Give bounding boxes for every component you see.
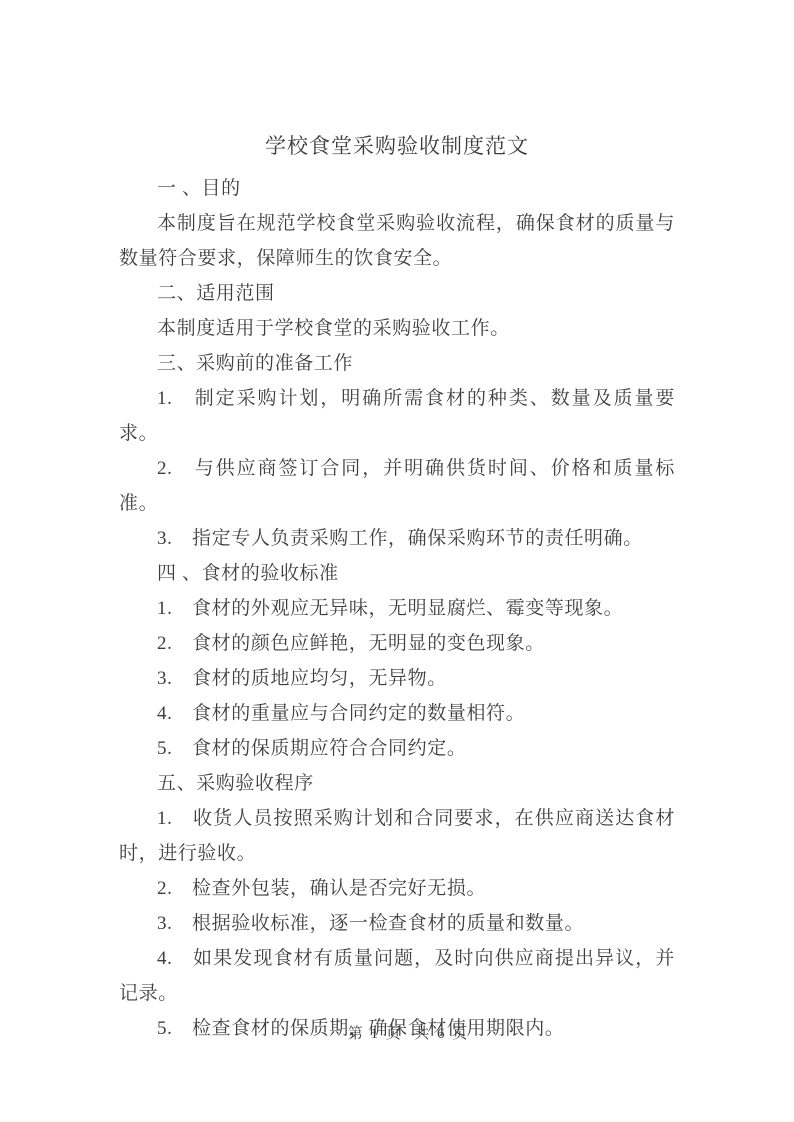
paragraph-scope-text: 本制度适用于学校食堂的采购验收工作。: [119, 311, 675, 346]
page-footer: 第 1 页 共 6 页: [0, 1001, 794, 1067]
paragraph-section-2-heading: 二、适用范围: [119, 276, 675, 311]
paragraph-section-3-heading: 三、采购前的准备工作: [119, 346, 675, 381]
page-number-text: 第 1 页 共 6 页: [348, 1026, 470, 1042]
list-item: 5. 食材的保质期应符合合同约定。: [119, 731, 675, 766]
list-item: 2. 与供应商签订合同，并明确供货时间、价格和质量标准。: [119, 451, 675, 521]
list-item: 4. 食材的重量应与合同约定的数量相符。: [119, 696, 675, 731]
paragraph-section-4-heading: 四 、食材的验收标准: [119, 556, 675, 591]
list-item: 3. 食材的质地应均匀，无异物。: [119, 661, 675, 696]
paragraph-section-5-heading: 五、采购验收程序: [119, 766, 675, 801]
paragraph-purpose-text: 本制度旨在规范学校食堂采购验收流程，确保食材的质量与数量符合要求，保障师生的饮食…: [119, 206, 675, 276]
document-content: 学校食堂采购验收制度范文 一 、目的 本制度旨在规范学校食堂采购验收流程，确保食…: [119, 131, 675, 1046]
list-item: 1. 收货人员按照采购计划和合同要求，在供应商送达食材时，进行验收。: [119, 801, 675, 871]
list-item: 2. 食材的颜色应鲜艳，无明显的变色现象。: [119, 626, 675, 661]
list-item: 1. 食材的外观应无异味，无明显腐烂、霉变等现象。: [119, 591, 675, 626]
document-title: 学校食堂采购验收制度范文: [119, 131, 675, 161]
document-page: 学校食堂采购验收制度范文 一 、目的 本制度旨在规范学校食堂采购验收流程，确保食…: [0, 0, 794, 1122]
paragraph-section-1-heading: 一 、目的: [119, 171, 675, 206]
list-item: 3. 指定专人负责采购工作，确保采购环节的责任明确。: [119, 521, 675, 556]
list-item: 3. 根据验收标准，逐一检查食材的质量和数量。: [119, 906, 675, 941]
list-item: 2. 检查外包装，确认是否完好无损。: [119, 871, 675, 906]
list-item: 1. 制定采购计划，明确所需食材的种类、数量及质量要求。: [119, 381, 675, 451]
